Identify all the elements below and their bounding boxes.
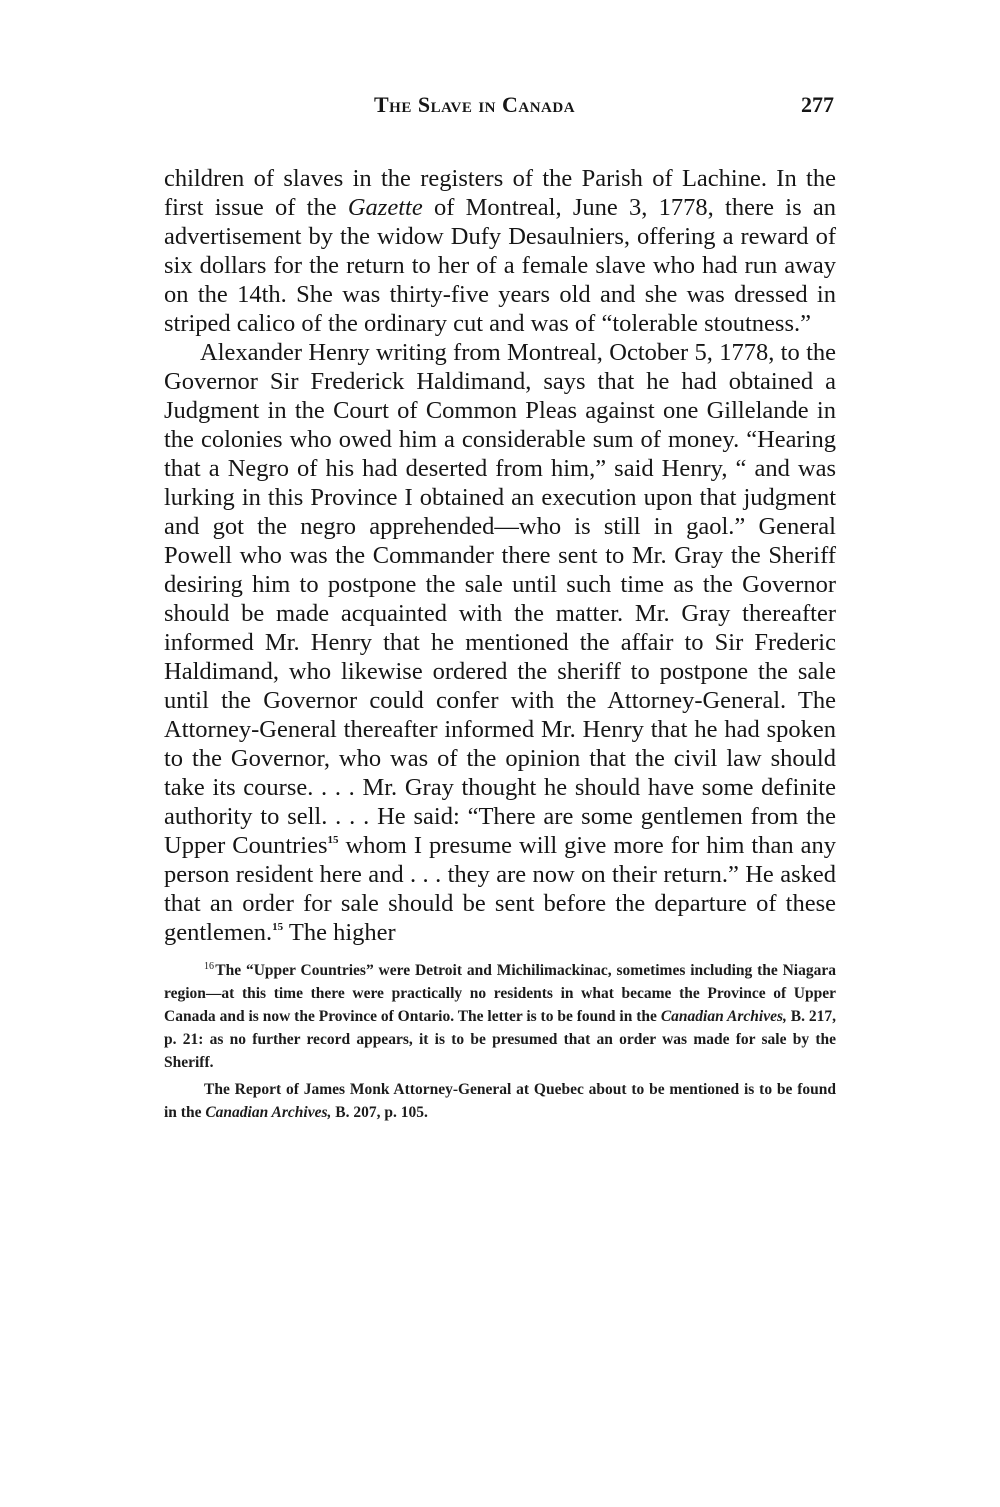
italic-title-gazette: Gazette (348, 194, 423, 221)
text-segment: The higher (283, 919, 396, 946)
text-segment: B. 207, p. 105. (331, 1104, 427, 1121)
footnote-reference: 15 (328, 834, 339, 846)
italic-title-canadian-archives: Canadian Archives, (205, 1104, 331, 1121)
footnote-continuation: The Report of James Monk Attorney-Genera… (164, 1078, 836, 1124)
footnote-reference: 15 (272, 921, 283, 933)
paragraph-2: Alexander Henry writing from Montreal, O… (164, 338, 836, 947)
page-number: 277 (801, 92, 834, 118)
running-head-title: The Slave in Canada (374, 92, 575, 118)
footnote-marker: 16 (204, 961, 214, 972)
text-segment: Alexander Henry writing from Montreal, O… (164, 339, 836, 859)
footnote-16: 16 The “Upper Countries” were Detroit an… (164, 959, 836, 1074)
running-head: The Slave in Canada 277 (164, 92, 836, 132)
body-text: children of slaves in the registers of t… (164, 164, 836, 947)
footnotes: 16 The “Upper Countries” were Detroit an… (164, 959, 836, 1124)
book-page: The Slave in Canada 277 children of slav… (164, 92, 836, 1124)
italic-title-canadian-archives: Canadian Archives, (661, 1008, 787, 1025)
paragraph-1: children of slaves in the registers of t… (164, 164, 836, 338)
